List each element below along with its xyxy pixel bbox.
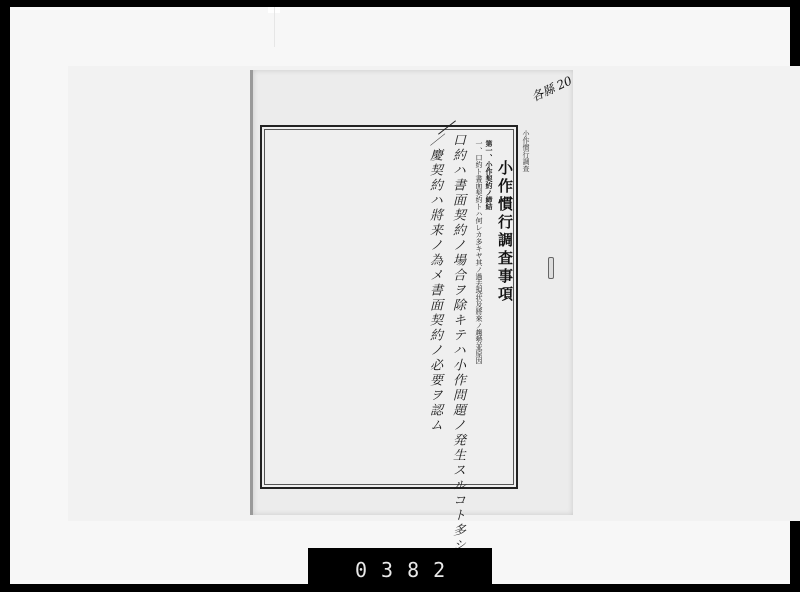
- running-head: 小作慣行調查: [521, 130, 531, 172]
- section-heading: 第一、小作契約ノ締結: [484, 140, 494, 210]
- frame-number: 0382: [355, 558, 459, 582]
- page-title: 小作慣行調査事項: [495, 160, 516, 304]
- question-item: 一、口約ト書面契約トハ何レカ多キヤ其ノ過去現状及將來ノ趨勢並原因: [474, 140, 484, 364]
- film-seam: [274, 7, 275, 47]
- handwritten-answer-line-2: ／慶契約ハ將来ノ為メ書面契約ノ必要ヲ認ム: [425, 133, 444, 433]
- binding-clip-mark: [548, 257, 554, 279]
- handwritten-answer-line-1: 口約ハ書面契約ノ場合ヲ除キテハ小作問題ノ発生スルコト多シ: [448, 133, 467, 553]
